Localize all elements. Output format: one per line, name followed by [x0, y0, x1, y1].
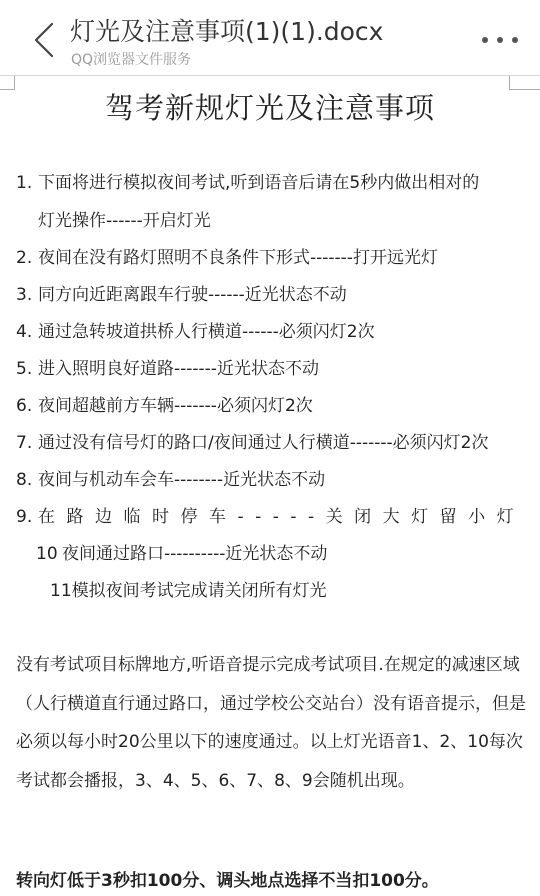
list-item: 1.下面将进行模拟夜间考试,听到语音后请在5秒内做出相对的: [16, 168, 479, 193]
item-text: 同方向近距离跟车行驶------近光状态不动: [38, 285, 347, 305]
list-item: 2.夜间在没有路灯照明不良条件下形式-------打开远光灯: [16, 243, 438, 268]
item-text: 在路边临时停车-----关闭大灯留小灯: [38, 507, 525, 527]
item-text: 夜间通过路口----------近光状态不动: [62, 544, 327, 564]
item-text: 夜间与机动车会车--------近光状态不动: [38, 470, 325, 490]
file-subtitle: QQ浏览器文件服务: [71, 49, 191, 69]
list-item: 4.通过急转坡道拱桥人行横道------必须闪灯2次: [16, 317, 375, 342]
more-horizontal-icon: [512, 37, 518, 43]
document-title: 驾考新规灯光及注意事项: [0, 86, 540, 127]
item-number: 7.: [16, 433, 38, 453]
list-item: 灯光操作------开启灯光: [38, 206, 211, 231]
item-text: 通过急转坡道拱桥人行横道------必须闪灯2次: [38, 322, 375, 342]
item-number: 6.: [16, 396, 38, 416]
back-button[interactable]: [28, 18, 62, 62]
list-item: 11模拟夜间考试完成请关闭所有灯光: [50, 576, 327, 601]
item-text: 灯光操作------开启灯光: [38, 211, 211, 231]
more-horizontal-icon: [497, 37, 503, 43]
item-number: 10: [36, 544, 62, 564]
item-number: 3.: [16, 285, 38, 305]
top-bar: 灯光及注意事项(1)(1).docx QQ浏览器文件服务: [0, 0, 540, 76]
item-number: 2.: [16, 248, 38, 268]
item-number: 5.: [16, 359, 38, 379]
item-text: 下面将进行模拟夜间考试,听到语音后请在5秒内做出相对的: [38, 173, 479, 193]
notes-paragraph: 没有考试项目标牌地方,听语音提示完成考试项目.在规定的减速区域（人行横道直行通过…: [16, 646, 526, 800]
item-text: 通过没有信号灯的路口/夜间通过人行横道-------必须闪灯2次: [38, 433, 488, 453]
file-title: 灯光及注意事项(1)(1).docx: [70, 12, 383, 48]
list-item: 8.夜间与机动车会车--------近光状态不动: [16, 465, 325, 490]
more-horizontal-icon: [482, 37, 488, 43]
document-view[interactable]: 驾考新规灯光及注意事项 1.下面将进行模拟夜间考试,听到语音后请在5秒内做出相对…: [0, 76, 540, 896]
item-number: 8.: [16, 470, 38, 490]
list-item: 6.夜间超越前方车辆-------必须闪灯2次: [16, 391, 313, 416]
item-number: 11: [50, 581, 72, 601]
list-item: 9.在路边临时停车-----关闭大灯留小灯: [16, 502, 525, 527]
item-text: 夜间在没有路灯照明不良条件下形式-------打开远光灯: [38, 248, 438, 268]
more-options-button[interactable]: [480, 30, 520, 50]
list-item: 3.同方向近距离跟车行驶------近光状态不动: [16, 280, 347, 305]
item-number: 4.: [16, 322, 38, 342]
item-text: 模拟夜间考试完成请关闭所有灯光: [72, 581, 327, 601]
item-number: 1.: [16, 173, 38, 193]
item-text: 进入照明良好道路-------近光状态不动: [38, 359, 319, 379]
list-item: 10夜间通过路口----------近光状态不动: [36, 539, 327, 564]
item-text: 夜间超越前方车辆-------必须闪灯2次: [38, 396, 313, 416]
list-item: 7.通过没有信号灯的路口/夜间通过人行横道-------必须闪灯2次: [16, 428, 488, 453]
penalty-note: 转向灯低于3秒扣100分、调头地点选择不当扣100分。: [16, 866, 439, 891]
list-item: 5.进入照明良好道路-------近光状态不动: [16, 354, 319, 379]
item-number: 9.: [16, 507, 38, 527]
chevron-left-icon: [28, 18, 62, 62]
